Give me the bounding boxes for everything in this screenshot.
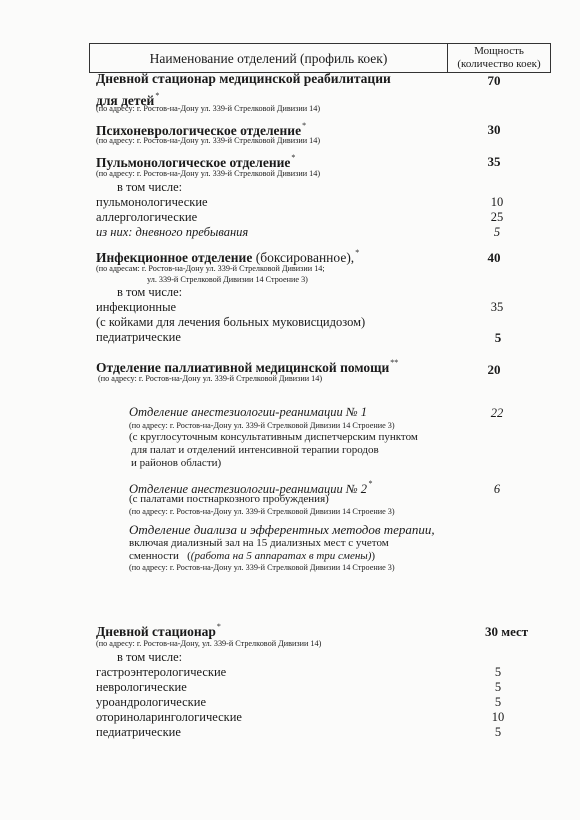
dayhosp-including: в том числе: — [117, 650, 182, 665]
palliative-address: (по адресу: г. Ростов-на-Дону ул. 339-й … — [98, 374, 322, 383]
dayhosp-address: (по адресу: г. Ростов-на-Дону, ул. 339-й… — [96, 639, 321, 648]
pulmo-item-label: пульмонологические — [96, 195, 208, 210]
dialysis-line3: сменности ((работа на 5 аппаратах в три … — [129, 550, 375, 562]
icu1-note-line2: для палат и отделений интенсивной терапи… — [131, 444, 379, 456]
dayhosp-item-label: педиатрические — [96, 725, 181, 740]
rehab-title-line1: Дневной стационар медицинской реабилитац… — [96, 71, 391, 87]
infect-item-value: 5 — [478, 330, 518, 346]
dayhosp-title-text: Дневной стационар — [96, 624, 216, 639]
infect-item-value: 35 — [477, 300, 517, 315]
dialysis-line2: включая диализный зал на 15 диализных ме… — [129, 537, 389, 549]
icu2-value: 6 — [477, 482, 517, 497]
footnote-mark: * — [302, 121, 306, 130]
infect-value: 40 — [474, 250, 514, 266]
column-header-capacity: Мощность (количество коек) — [448, 45, 550, 71]
pulmo-address: (по адресу: г. Ростов-на-Дону ул. 339-й … — [96, 169, 320, 178]
dialysis-line3-b: (работа на 5 аппаратах в три смены) — [191, 550, 372, 562]
dayhosp-item-value: 5 — [478, 695, 518, 710]
infect-address-line1: (по адресам: г. Ростов-на-Дону ул. 339-й… — [96, 264, 325, 273]
table-header: Наименование отделений (профиль коек) Мо… — [89, 43, 551, 73]
infect-item-note: (с койками для лечения больных муковисци… — [96, 315, 365, 330]
dayhosp-item-label: уроандрологические — [96, 695, 206, 710]
dialysis-line3-a: сменности — [129, 550, 179, 562]
footnote-mark: * — [355, 248, 359, 257]
icu1-note-line1: (с круглосуточным консультативным диспет… — [129, 431, 418, 443]
icu2-address: (по адресу: г. Ростов-на-Дону ул. 339-й … — [129, 507, 395, 516]
dayhosp-item-value: 5 — [478, 680, 518, 695]
rehab-address: (по адресу: г. Ростов-на-Дону ул. 339-й … — [96, 104, 320, 113]
dayhosp-item-label: оториноларингологические — [96, 710, 242, 725]
infect-including: в том числе: — [117, 285, 182, 300]
dayhosp-item-value: 5 — [478, 725, 518, 740]
palliative-title-text: Отделение паллиативной медицинской помощ… — [96, 360, 389, 375]
dayhosp-title: Дневной стационар* — [96, 622, 221, 640]
dayhosp-value: 30 мест — [485, 624, 528, 640]
icu2-note: (с палатами постнаркозного пробуждения) — [129, 493, 329, 505]
pulmo-value: 35 — [474, 154, 514, 170]
icu1-address: (по адресу: г. Ростов-на-Дону ул. 339-й … — [129, 421, 395, 430]
footnote-mark: * — [291, 153, 295, 162]
palliative-value: 20 — [474, 362, 514, 378]
dialysis-title: Отделение диализа и эфферентных методов … — [129, 522, 435, 538]
pulmo-day-stay-value: 5 — [477, 225, 517, 240]
psycho-value: 30 — [474, 122, 514, 138]
pulmo-item-value: 10 — [477, 195, 517, 210]
pulmo-including: в том числе: — [117, 180, 182, 195]
pulmo-item-value: 25 — [477, 210, 517, 225]
icu1-note-line3: и районов области) — [131, 457, 221, 469]
dayhosp-item-label: неврологические — [96, 680, 187, 695]
column-header-name: Наименование отделений (профиль коек) — [90, 51, 447, 67]
icu1-value: 22 — [477, 406, 517, 421]
dayhosp-item-label: гастроэнтерологические — [96, 665, 226, 680]
psycho-address: (по адресу: г. Ростов-на-Дону ул. 339-й … — [96, 136, 320, 145]
infect-title-rest: (боксированное), — [252, 250, 354, 265]
footnote-mark: ** — [390, 358, 398, 367]
infect-item-label: педиатрические — [96, 330, 181, 345]
capacity-header-line2: (количество коек) — [448, 58, 550, 71]
footnote-mark: * — [155, 91, 159, 100]
pulmo-day-stay-label: из них: дневного пребывания — [96, 225, 248, 240]
infect-address-line2: ул. 339-й Стрелковой Дивизии 14 Строение… — [147, 275, 308, 284]
infect-item-label: инфекционные — [96, 300, 176, 315]
rehab-value: 70 — [474, 73, 514, 89]
footnote-mark: * — [217, 622, 221, 631]
dayhosp-item-value: 5 — [478, 665, 518, 680]
pulmo-title-text: Пульмонологическое отделение — [96, 155, 290, 170]
footnote-mark: * — [368, 479, 372, 488]
pulmo-item-label: аллергологические — [96, 210, 197, 225]
icu1-title: Отделение анестезиологии-реанимации № 1 — [129, 405, 367, 420]
dayhosp-item-value: 10 — [478, 710, 518, 725]
dialysis-address: (по адресу: г. Ростов-на-Дону ул. 339-й … — [129, 563, 395, 572]
infect-title-bold: Инфекционное отделение — [96, 250, 252, 265]
capacity-header-line1: Мощность — [448, 45, 550, 58]
